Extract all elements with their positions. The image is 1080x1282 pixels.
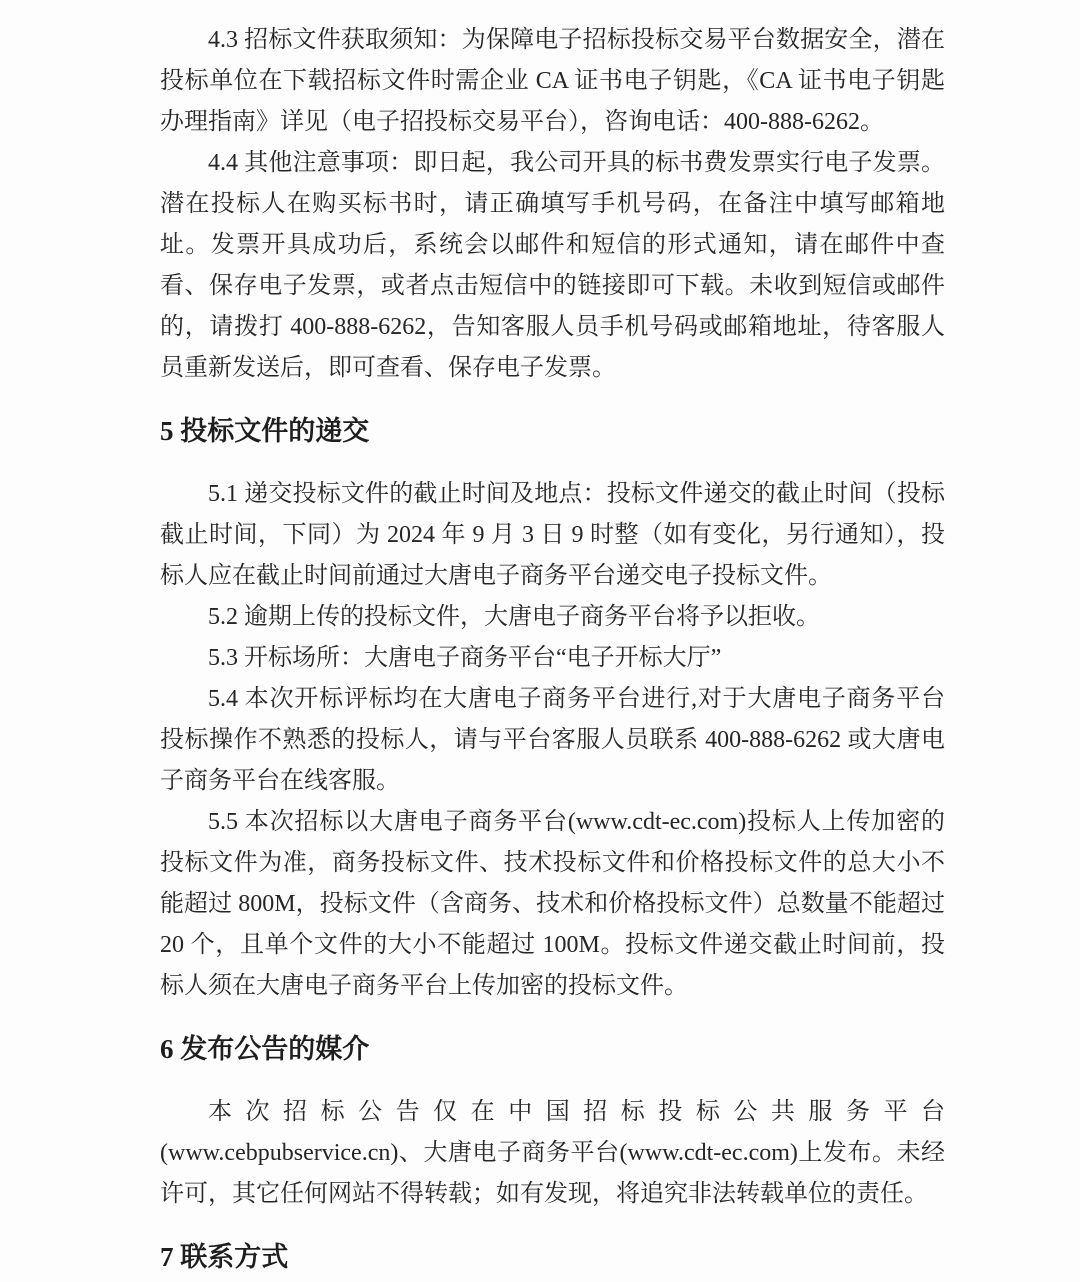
document-page: 4.3 招标文件获取须知：为保障电子招标投标交易平台数据安全，潜在投标单位在下载… [0,0,1080,1282]
clause-5-2: 5.2 逾期上传的投标文件，大唐电子商务平台将予以拒收。 [160,597,945,638]
clause-4-4: 4.4 其他注意事项：即日起，我公司开具的标书费发票实行电子发票。潜在投标人在购… [160,143,945,389]
clause-5-5: 5.5 本次招标以大唐电子商务平台(www.cdt-ec.com)投标人上传加密… [160,802,945,1007]
clause-4-3: 4.3 招标文件获取须知：为保障电子招标投标交易平台数据安全，潜在投标单位在下载… [160,20,945,143]
section-heading-5-bid-submission: 5 投标文件的递交 [160,411,945,452]
clause-5-4: 5.4 本次开标评标均在大唐电子商务平台进行,对于大唐电子商务平台投标操作不熟悉… [160,679,945,802]
clause-5-1: 5.1 递交投标文件的截止时间及地点：投标文件递交的截止时间（投标截止时间，下同… [160,474,945,597]
section-heading-6-announcement-media: 6 发布公告的媒介 [160,1029,945,1070]
section-heading-7-contact: 7 联系方式 [160,1237,945,1278]
clause-5-3: 5.3 开标场所：大唐电子商务平台“电子开标大厅” [160,638,945,679]
clause-6-body: 本次招标公告仅在中国招标投标公共服务平台(www.cebpubservice.c… [160,1092,945,1215]
